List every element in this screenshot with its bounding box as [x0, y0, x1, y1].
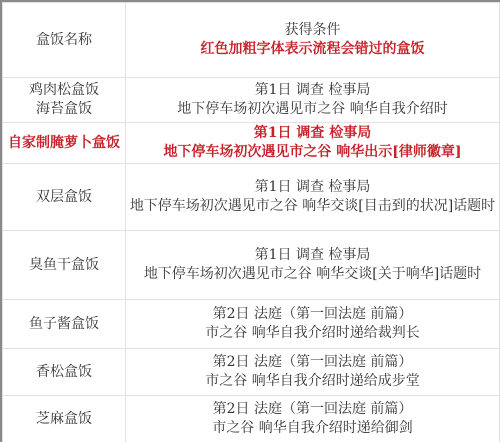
header-cond-title: 获得条件	[128, 21, 497, 40]
table-row: 芝麻盒饭 第2日 法庭（第一回法庭 前篇） 市之谷 响华自我介绍时递给御剑	[3, 396, 500, 442]
header-row: 盒饭名称 获得条件 红色加粗字体表示流程会错过的盒饭	[3, 3, 500, 78]
table-row: 香松盒饭 第2日 法庭（第一回法庭 前篇） 市之谷 响华自我介绍时递给成步堂	[3, 349, 500, 396]
bento-condition: 第2日 法庭（第一回法庭 前篇） 市之谷 响华自我介绍时递给御剑	[126, 396, 500, 442]
bento-name: 鸡肉松盒饭 海苔盒饭	[3, 78, 126, 123]
bento-condition: 第1日 调查 检事局 地下停车场初次遇见市之谷 响华出示[律师徽章]	[126, 123, 500, 164]
table-row: 臭鱼干盒饭 第1日 调查 检事局 地下停车场初次遇见市之谷 响华交谈[关于响华]…	[3, 231, 500, 300]
table-row: 鱼子酱盒饭 第2日 法庭（第一回法庭 前篇） 市之谷 响华自我介绍时递给裁判长	[3, 300, 500, 349]
bento-name: 鱼子酱盒饭	[3, 300, 126, 349]
header-name: 盒饭名称	[3, 3, 126, 78]
bento-condition: 第1日 调查 检事局 地下停车场初次遇见市之谷 响华交谈[关于响华]话题时	[126, 231, 500, 300]
bento-table: 盒饭名称 获得条件 红色加粗字体表示流程会错过的盒饭 鸡肉松盒饭 海苔盒饭 第1…	[2, 2, 500, 442]
header-cond-note: 红色加粗字体表示流程会错过的盒饭	[128, 40, 497, 59]
bento-name: 香松盒饭	[3, 349, 126, 396]
bento-condition: 第1日 调查 检事局 地下停车场初次遇见市之谷 响华交谈[目击到的状况]话题时	[126, 164, 500, 231]
bento-name: 自家制腌萝卜盒饭	[3, 123, 126, 164]
table-row: 双层盒饭 第1日 调查 检事局 地下停车场初次遇见市之谷 响华交谈[目击到的状况…	[3, 164, 500, 231]
bento-condition: 第2日 法庭（第一回法庭 前篇） 市之谷 响华自我介绍时递给裁判长	[126, 300, 500, 349]
bento-condition: 第1日 调查 检事局 地下停车场初次遇见市之谷 响华自我介绍时	[126, 78, 500, 123]
bento-name: 芝麻盒饭	[3, 396, 126, 442]
bento-name: 双层盒饭	[3, 164, 126, 231]
table-row: 自家制腌萝卜盒饭 第1日 调查 检事局 地下停车场初次遇见市之谷 响华出示[律师…	[3, 123, 500, 164]
header-conditions: 获得条件 红色加粗字体表示流程会错过的盒饭	[126, 3, 500, 78]
bento-name: 臭鱼干盒饭	[3, 231, 126, 300]
bento-condition: 第2日 法庭（第一回法庭 前篇） 市之谷 响华自我介绍时递给成步堂	[126, 349, 500, 396]
table-row: 鸡肉松盒饭 海苔盒饭 第1日 调查 检事局 地下停车场初次遇见市之谷 响华自我介…	[3, 78, 500, 123]
